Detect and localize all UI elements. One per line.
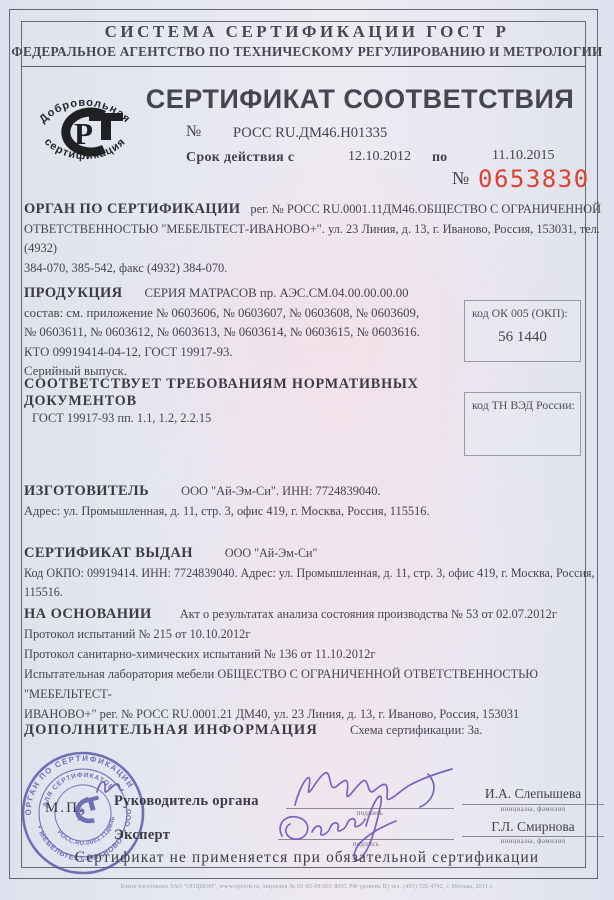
section-basis: НА ОСНОВАНИИАкт о результатах анализа со…	[24, 604, 606, 724]
footer-note: Сертификат не применяется при обязательн…	[0, 849, 614, 867]
okp-code-box: код ОК 005 (ОКП): 56 1440	[464, 300, 581, 362]
section-issued-to: СЕРТИФИКАТ ВЫДАНООО "Ай-Эм-Си" Код ОКПО:…	[24, 543, 610, 602]
conformity-text: ГОСТ 19917-93 пп. 1.1, 1.2, 2.2.15	[32, 411, 469, 426]
svg-text:Р: Р	[74, 116, 93, 151]
okp-code-value: 56 1440	[465, 329, 580, 346]
header-divider	[21, 66, 586, 67]
issued-to-label: СЕРТИФИКАТ ВЫДАН	[24, 545, 193, 561]
tnved-code-box: код ТН ВЭД России:	[464, 392, 581, 456]
section-manufacturer: ИЗГОТОВИТЕЛЬООО "Ай-Эм-Си". ИНН: 7724839…	[24, 481, 606, 520]
rst-voluntary-certification-logo-icon: Добровольная сертификация Р	[26, 84, 144, 186]
validity-to-label: по	[432, 150, 447, 166]
manufacturer-label: ИЗГОТОВИТЕЛЬ	[24, 483, 149, 499]
section-certification-body: ОРГАН ПО СЕРТИФИКАЦИИрег. № РОСС RU.0001…	[24, 199, 606, 277]
tnved-code-label: код ТН ВЭД России:	[465, 393, 580, 413]
cert-number: РОСС RU.ДМ46.Н01335	[233, 125, 387, 142]
validity-date-from: 12.10.2012	[348, 149, 411, 165]
agency-title: ФЕДЕРАЛЬНОЕ АГЕНТСТВО ПО ТЕХНИЧЕСКОМУ РЕ…	[0, 44, 614, 60]
basis-text: Акт о результатах анализа состояния прои…	[24, 607, 557, 721]
section-conformity: СООТВЕТСТВУЕТ ТРЕБОВАНИЯМ НОРМАТИВНЫХ ДО…	[24, 376, 469, 426]
basis-label: НА ОСНОВАНИИ	[24, 606, 152, 622]
blank-number: 0653830	[478, 165, 590, 193]
blank-print-info: Бланк изготовлен ЗАО "ОПЦИОН", www.opcio…	[0, 884, 614, 890]
blank-no-sign: №	[452, 168, 469, 189]
validity-label: Срок действия с	[186, 150, 294, 166]
cert-no-sign: №	[186, 123, 201, 141]
product-label: ПРОДУКЦИЯ	[24, 285, 123, 301]
system-title: СИСТЕМА СЕРТИФИКАЦИИ ГОСТ Р	[0, 22, 614, 42]
conformity-label: СООТВЕТСТВУЕТ ТРЕБОВАНИЯМ НОРМАТИВНЫХ ДО…	[24, 376, 469, 411]
validity-date-to: 11.10.2015	[492, 148, 554, 164]
document-title: СЕРТИФИКАТ СООТВЕТСТВИЯ	[140, 84, 580, 115]
okp-code-label: код ОК 005 (ОКП):	[465, 301, 580, 321]
section-product: ПРОДУКЦИЯСЕРИЯ МАТРАСОВ пр. АЭС.СМ.04.00…	[24, 283, 472, 381]
certification-body-label: ОРГАН ПО СЕРТИФИКАЦИИ	[24, 201, 240, 217]
